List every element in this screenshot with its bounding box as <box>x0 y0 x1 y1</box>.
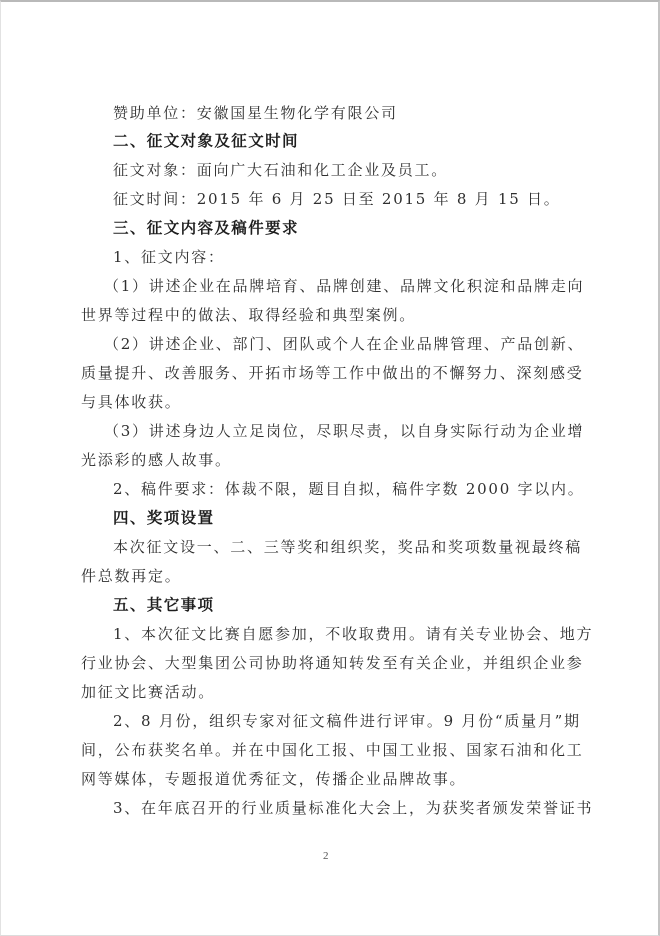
page-number: 2 <box>323 850 329 862</box>
paragraph-line: 1、征文内容： <box>113 248 225 266</box>
section-heading-5: 五、其它事项 <box>113 596 214 614</box>
paragraph-line: （2）讲述企业、部门、团队或个人在企业品牌管理、产品创新、 <box>104 335 584 353</box>
paragraph-line: 1、本次征文比赛自愿参加，不收取费用。请有关专业协会、地方 <box>113 625 593 643</box>
paragraph-line: 2、8 月份，组织专家对征文稿件进行评审。9 月份“质量月”期 <box>113 712 581 730</box>
paragraph-line: 3、在年底召开的行业质量标准化大会上，为获奖者颁发荣誉证书 <box>113 799 593 817</box>
paragraph-line: 质量提升、改善服务、开拓市场等工作中做出的不懈努力、深刻感受 <box>81 364 584 382</box>
document-page: 赞助单位：安徽国星生物化学有限公司 二、征文对象及征文时间 征文对象：面向广大石… <box>0 0 660 936</box>
section-heading-3: 三、征文内容及稿件要求 <box>113 219 299 237</box>
paragraph-line: 本次征文设一、二、三等奖和组织奖，奖品和奖项数量视最终稿 <box>113 538 582 556</box>
paragraph-line: 间，公布获奖名单。并在中国化工报、中国工业报、国家石油和化工 <box>81 741 584 759</box>
paragraph-line: （1）讲述企业在品牌培育、品牌创建、品牌文化积淀和品牌走向 <box>104 277 584 295</box>
paragraph-line: 行业协会、大型集团公司协助将通知转发至有关企业，并组织企业参 <box>81 654 584 672</box>
paragraph-line: 加征文比赛活动。 <box>81 683 215 701</box>
paragraph-line: 征文对象：面向广大石油和化工企业及员工。 <box>113 161 448 179</box>
sponsor-line: 赞助单位：安徽国星生物化学有限公司 <box>113 104 398 122</box>
paragraph-line: 件总数再定。 <box>81 567 182 585</box>
section-heading-2: 二、征文对象及征文时间 <box>113 132 299 150</box>
paragraph-line: 世界等过程中的做法、取得经验和典型案例。 <box>81 306 416 324</box>
section-heading-4: 四、奖项设置 <box>113 509 214 527</box>
paragraph-line: 2、稿件要求：体裁不限，题目自拟，稿件字数 2000 字以内。 <box>113 480 585 498</box>
paragraph-line: 与具体收获。 <box>81 393 182 411</box>
paragraph-line: 光添彩的感人故事。 <box>81 451 232 469</box>
paragraph-line: （3）讲述身边人立足岗位，尽职尽责，以自身实际行动为企业增 <box>104 422 584 440</box>
paragraph-line: 网等媒体，专题报道优秀征文，传播企业品牌故事。 <box>81 770 466 788</box>
paragraph-line: 征文时间：2015 年 6 月 25 日至 2015 年 8 月 15 日。 <box>113 190 561 208</box>
